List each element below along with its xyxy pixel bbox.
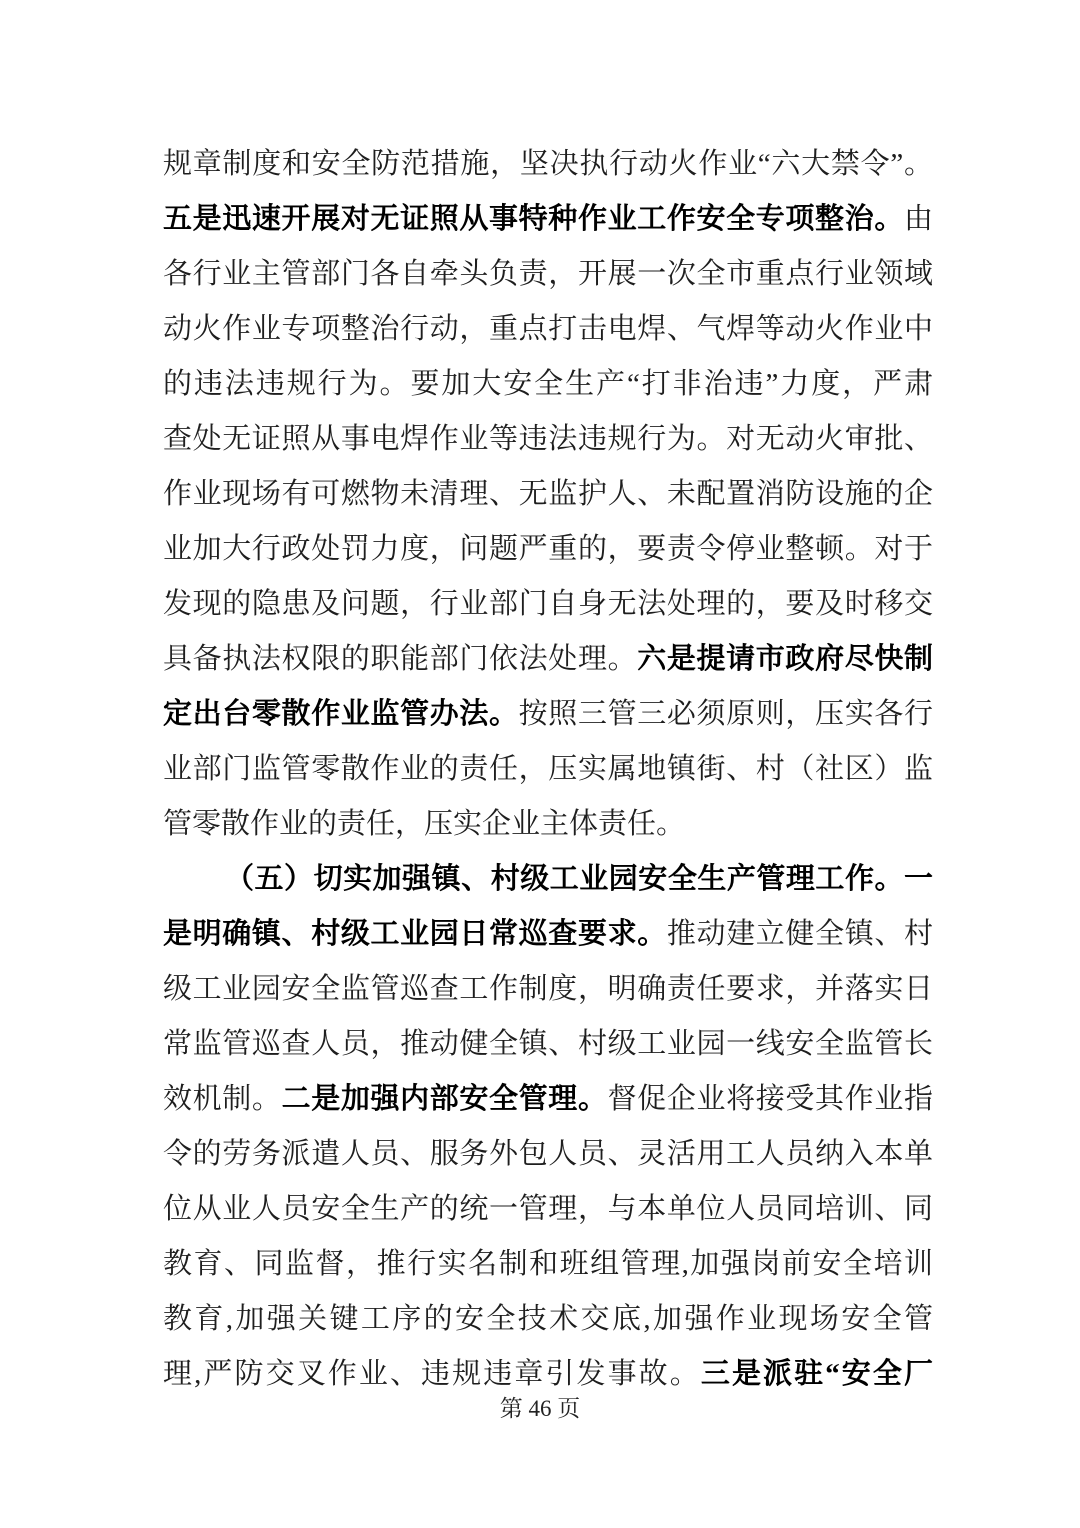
text-line: 级工业园安全监管巡查工作制度，明确责任要求，并落实日: [163, 962, 933, 1017]
emphasis-text: 六是提请市政府尽快制: [637, 643, 933, 675]
text-line: 令的劳务派遣人员、服务外包人员、灵活用工人员纳入本单: [163, 1127, 933, 1182]
body-text: 效机制。: [163, 1083, 282, 1115]
text-line: 教育,加强关键工序的安全技术交底,加强作业现场安全管: [163, 1292, 933, 1347]
text-line: 业部门监管零散作业的责任，压实属地镇街、村（社区）监: [163, 742, 933, 797]
text-line: 规章制度和安全防范措施，坚决执行动火作业“六大禁令”。: [163, 137, 933, 192]
page-footer: 第 46 页: [0, 1392, 1080, 1426]
emphasis-text: 三是派驻“安全厂: [701, 1358, 933, 1390]
body-text: 由: [904, 203, 933, 235]
text-line: 业加大行政处罚力度，问题严重的，要责令停业整顿。对于: [163, 522, 933, 577]
text-line: 定出台零散作业监管办法。按照三管三必须原则，压实各行: [163, 687, 933, 742]
text-line: 五是迅速开展对无证照从事特种作业工作安全专项整治。由: [163, 192, 933, 247]
body-text: 各行业主管部门各自牵头负责，开展一次全市重点行业领域: [163, 258, 933, 290]
emphasis-text: 二是加强内部安全管理。: [282, 1083, 608, 1115]
body-text: 规章制度和安全防范措施，坚决执行动火作业“六大禁令”。: [163, 148, 933, 180]
document-body: 规章制度和安全防范措施，坚决执行动火作业“六大禁令”。五是迅速开展对无证照从事特…: [163, 137, 933, 1402]
body-text: 推动建立健全镇、村: [667, 918, 933, 950]
text-line: 位从业人员安全生产的统一管理，与本单位人员同培训、同: [163, 1182, 933, 1237]
emphasis-text: 定出台零散作业监管办法。: [163, 698, 519, 730]
body-text: 作业现场有可燃物未清理、无监护人、未配置消防设施的企: [163, 478, 933, 510]
body-text: 动火作业专项整治行动，重点打击电焊、气焊等动火作业中: [163, 313, 933, 345]
text-line: 作业现场有可燃物未清理、无监护人、未配置消防设施的企: [163, 467, 933, 522]
body-text: 的违法违规行为。要加大安全生产“打非治违”力度，严肃: [163, 368, 933, 400]
text-line: 教育、同监督，推行实名制和班组管理,加强岗前安全培训: [163, 1237, 933, 1292]
text-line: 各行业主管部门各自牵头负责，开展一次全市重点行业领域: [163, 247, 933, 302]
body-text: 督促企业将接受其作业指: [608, 1083, 933, 1115]
text-line: 管零散作业的责任，压实企业主体责任。: [163, 797, 933, 852]
body-text: 查处无证照从事电焊作业等违法违规行为。对无动火审批、: [163, 423, 933, 455]
text-line: 具备执法权限的职能部门依法处理。六是提请市政府尽快制: [163, 632, 933, 687]
body-text: 教育、同监督，推行实名制和班组管理,加强岗前安全培训: [163, 1248, 933, 1280]
body-text: 发现的隐患及问题，行业部门自身无法处理的，要及时移交: [163, 588, 933, 620]
text-line: 常监管巡查人员，推动健全镇、村级工业园一线安全监管长: [163, 1017, 933, 1072]
document-page: 规章制度和安全防范措施，坚决执行动火作业“六大禁令”。五是迅速开展对无证照从事特…: [0, 0, 1080, 1528]
text-line: 效机制。二是加强内部安全管理。督促企业将接受其作业指: [163, 1072, 933, 1127]
text-line: 是明确镇、村级工业园日常巡查要求。推动建立健全镇、村: [163, 907, 933, 962]
body-text: 按照三管三必须原则，压实各行: [519, 698, 933, 730]
text-line: 的违法违规行为。要加大安全生产“打非治违”力度，严肃: [163, 357, 933, 412]
page-number: 第 46 页: [500, 1396, 581, 1421]
text-line: （五）切实加强镇、村级工业园安全生产管理工作。一: [163, 852, 933, 907]
body-text: 教育,加强关键工序的安全技术交底,加强作业现场安全管: [163, 1303, 933, 1335]
body-text: 令的劳务派遣人员、服务外包人员、灵活用工人员纳入本单: [163, 1138, 933, 1170]
text-line: 发现的隐患及问题，行业部门自身无法处理的，要及时移交: [163, 577, 933, 632]
text-line: 查处无证照从事电焊作业等违法违规行为。对无动火审批、: [163, 412, 933, 467]
emphasis-text: 五是迅速开展对无证照从事特种作业工作安全专项整治。: [163, 203, 904, 235]
body-text: 常监管巡查人员，推动健全镇、村级工业园一线安全监管长: [163, 1028, 933, 1060]
body-text: 位从业人员安全生产的统一管理，与本单位人员同培训、同: [163, 1193, 933, 1225]
body-text: 理,严防交叉作业、违规违章引发事故。: [163, 1358, 701, 1390]
emphasis-text: （五）切实加强镇、村级工业园安全生产管理工作。一: [225, 863, 933, 895]
body-text: 业部门监管零散作业的责任，压实属地镇街、村（社区）监: [163, 753, 933, 785]
body-text: 具备执法权限的职能部门依法处理。: [163, 643, 637, 675]
text-line: 动火作业专项整治行动，重点打击电焊、气焊等动火作业中: [163, 302, 933, 357]
emphasis-text: 是明确镇、村级工业园日常巡查要求。: [163, 918, 667, 950]
body-text: 业加大行政处罚力度，问题严重的，要责令停业整顿。对于: [163, 533, 933, 565]
body-text: 管零散作业的责任，压实企业主体责任。: [163, 808, 685, 840]
body-text: 级工业园安全监管巡查工作制度，明确责任要求，并落实日: [163, 973, 933, 1005]
